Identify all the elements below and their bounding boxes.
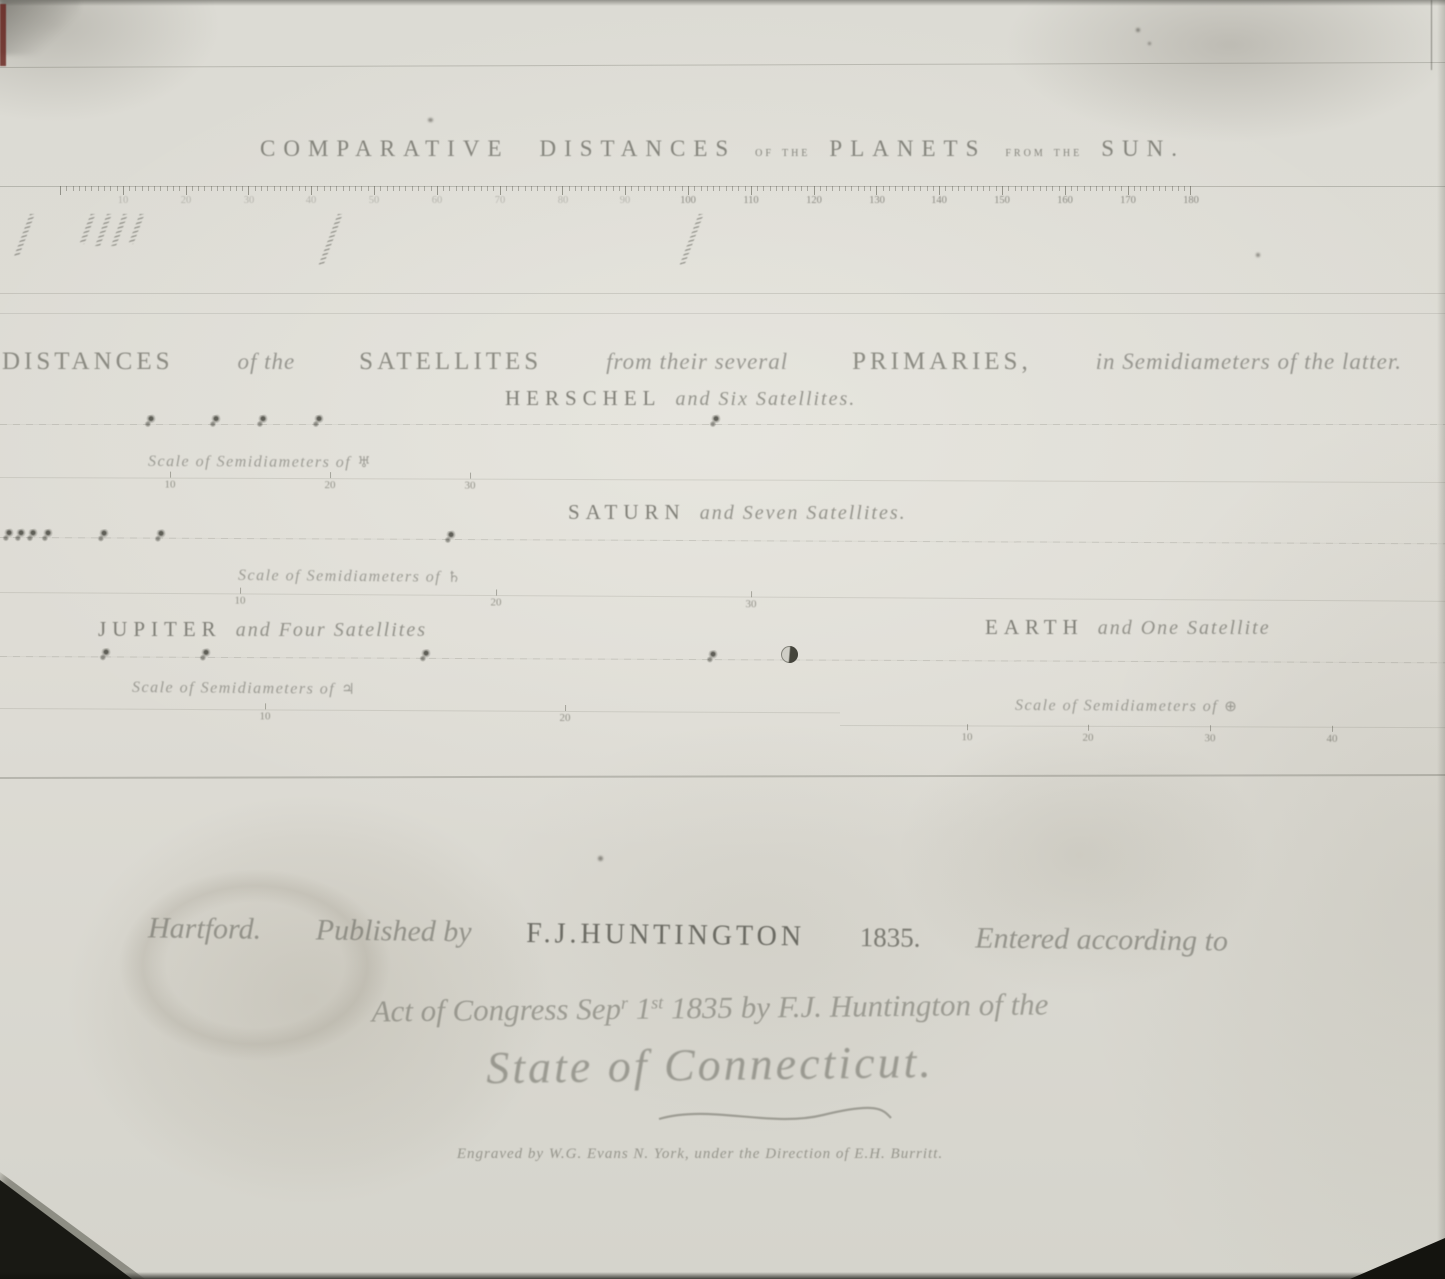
ruler-tick	[160, 186, 161, 191]
planet-mark	[79, 214, 95, 244]
ruler-tick	[317, 186, 318, 191]
ruler-tick	[663, 186, 664, 191]
scale-tick	[751, 591, 752, 597]
satellite-mark	[443, 530, 457, 544]
ruler-tick	[826, 186, 827, 191]
scale-number: 30	[745, 598, 756, 610]
ruler-tick	[770, 186, 771, 191]
ruler-tick	[512, 186, 513, 191]
planet-mark	[128, 214, 144, 244]
ruler-tick	[908, 186, 909, 191]
ruler-tick	[1021, 186, 1022, 191]
ruler-tick	[537, 186, 538, 191]
scale-number: 40	[1326, 733, 1337, 745]
ruler-tick	[544, 186, 545, 191]
scale-tick	[565, 705, 566, 711]
ruler-tick	[167, 186, 168, 191]
ruler-tick	[989, 186, 990, 191]
ruler-tick	[506, 186, 507, 191]
ruler-tick	[236, 186, 237, 191]
ruler-tick	[914, 186, 915, 191]
title-word: the	[782, 145, 810, 160]
ruler-tick	[487, 186, 488, 191]
ruler-tick	[996, 186, 997, 191]
title-word: SUN.	[1101, 136, 1185, 161]
ruler-label: 10	[118, 195, 129, 206]
superscript: st	[651, 992, 663, 1012]
paper-speck	[428, 118, 433, 122]
publication-year: 1835.	[860, 922, 921, 954]
header-word: PRIMARIES,	[852, 348, 1032, 376]
planet-name: EARTH	[985, 615, 1084, 639]
ruler-tick	[945, 186, 946, 191]
ruler-tick	[110, 186, 111, 191]
scale-tick	[1088, 725, 1089, 731]
satellite-count-label: and Seven Satellites.	[700, 502, 907, 524]
scale-number: 20	[1082, 732, 1093, 744]
ruler-tick	[669, 186, 670, 191]
ruler-tick	[870, 186, 871, 191]
satellite-mark	[255, 414, 269, 428]
ruler-tick	[1033, 186, 1034, 191]
saturn-section-title: SATURNand Seven Satellites.	[568, 500, 907, 525]
planet-mark	[95, 214, 112, 246]
ruler-tick	[889, 186, 890, 191]
paper-speck	[1136, 28, 1140, 32]
saturn-symbol: ♄	[447, 568, 462, 586]
ruler-tick	[374, 186, 375, 195]
ruler-tick	[242, 186, 243, 191]
ruler-tick	[399, 186, 400, 191]
ruler-tick	[431, 186, 432, 191]
ruler-tick	[782, 186, 783, 191]
ruler-tick	[531, 186, 532, 191]
ruler-tick	[1065, 186, 1066, 195]
ruler-label: 150	[994, 195, 1010, 206]
ruler-tick	[832, 186, 833, 191]
imprint-word: Published by	[316, 913, 472, 949]
header-word: DISTANCES	[2, 348, 174, 376]
ruler-tick	[707, 186, 708, 191]
ruler-tick	[292, 186, 293, 191]
earth-scale-label: Scale of Semidiameters of⊕	[1015, 696, 1238, 716]
ruler-tick	[902, 186, 903, 191]
ruler-tick	[443, 186, 444, 191]
ruler-tick	[1121, 186, 1122, 191]
header-word: of the	[237, 349, 295, 375]
ruler-tick	[845, 186, 846, 191]
ruler-tick	[142, 186, 143, 191]
ruler-tick	[644, 186, 645, 191]
ruler-tick	[393, 186, 394, 191]
ruler-tick	[211, 186, 212, 191]
title-word: the	[1054, 145, 1082, 160]
imprint-text: 1	[628, 991, 652, 1026]
ruler-tick	[1077, 186, 1078, 191]
copyright-line: Act of Congress Sepr 1st 1835 by F.J. Hu…	[235, 985, 1185, 1031]
ruler-tick	[694, 186, 695, 191]
ruler-tick	[1052, 186, 1053, 191]
ruler-tick	[154, 186, 155, 191]
scale-tick	[967, 724, 968, 730]
title-word: COMPARATIVE	[260, 136, 509, 161]
ruler-tick	[437, 186, 438, 195]
ruler-tick	[788, 186, 789, 191]
paper-speck	[1148, 42, 1151, 45]
ruler-tick	[858, 186, 859, 191]
ruler-tick	[418, 186, 419, 191]
ruler-label: 50	[369, 195, 380, 206]
chart-title: COMPARATIVEDISTANCESofthePLANETSfromtheS…	[0, 136, 1445, 162]
calligraphic-flourish	[655, 1102, 895, 1130]
saturn-scale-label: Scale of Semidiameters of♄	[238, 566, 462, 587]
ruler-tick	[493, 186, 494, 191]
ruler-tick	[73, 186, 74, 191]
ruler-tick	[675, 186, 676, 191]
satellite-mark	[198, 648, 212, 662]
ruler-tick	[525, 186, 526, 191]
ruler-tick	[575, 186, 576, 191]
ruler-tick	[977, 186, 978, 191]
ruler-label: 20	[181, 195, 192, 206]
ruler-tick	[456, 186, 457, 191]
planet-position-marks	[0, 212, 1445, 272]
ruler-tick	[85, 186, 86, 191]
scale-number: 30	[464, 480, 475, 492]
ruler-tick	[1165, 186, 1166, 191]
scale-number: 10	[164, 479, 175, 491]
ruler-tick	[311, 186, 312, 195]
saturn-satellite-row	[0, 529, 1445, 551]
herschel-scale-label: Scale of Semidiameters of♅	[148, 452, 372, 472]
header-word: from their several	[606, 349, 788, 375]
ruler-tick	[1096, 186, 1097, 191]
ruler-tick	[305, 186, 306, 191]
satellite-count-label: and Six Satellites.	[676, 388, 857, 410]
ruler-tick	[474, 186, 475, 191]
ruler-tick	[807, 186, 808, 191]
planet-mark	[111, 214, 128, 246]
ruler-tick	[468, 186, 469, 191]
ruler-tick	[274, 186, 275, 191]
ruler-tick	[1102, 186, 1103, 191]
paper-corner-top-left	[0, 0, 80, 55]
planet-name: HERSCHEL	[505, 386, 662, 410]
earth-symbol: ⊕	[1224, 697, 1238, 715]
ruler-tick	[933, 186, 934, 191]
ruler-tick	[606, 186, 607, 191]
ruler-tick	[1153, 186, 1154, 191]
ruler-tick	[449, 186, 450, 191]
ruler-tick	[726, 186, 727, 191]
ruler-tick	[625, 186, 626, 195]
ruler-tick	[355, 186, 356, 191]
ruler-tick	[186, 186, 187, 195]
ruler-tick	[1146, 186, 1147, 191]
herschel-section-title: HERSCHELand Six Satellites.	[505, 386, 856, 411]
paper-speck	[1256, 253, 1260, 257]
engraver-credit-line: Engraved by W.G. Evans N. York, under th…	[370, 1146, 1030, 1163]
ruler-tick	[500, 186, 501, 195]
ruler-tick	[286, 186, 287, 191]
ruler-tick	[952, 186, 953, 191]
scale-label-text: Scale of Semidiameters of	[238, 567, 441, 586]
satellite-mark	[208, 414, 222, 428]
title-word: of	[755, 145, 774, 160]
ruler-label: 180	[1183, 195, 1199, 206]
title-word: DISTANCES	[540, 136, 737, 161]
ruler-tick	[173, 186, 174, 191]
ruler-tick	[1027, 186, 1028, 191]
ruler-tick	[1178, 186, 1179, 191]
ruler-tick	[851, 186, 852, 191]
ruler-tick	[757, 186, 758, 191]
ruler-label: 80	[558, 195, 569, 206]
ruler-tick	[405, 186, 406, 191]
scale-tick	[330, 472, 331, 478]
ruler-tick	[79, 186, 80, 191]
ruler-label: 40	[306, 195, 317, 206]
planet-mark	[679, 214, 704, 266]
ruler-tick	[814, 186, 815, 195]
herschel-satellite-row	[0, 415, 1445, 431]
satellite-mark	[96, 529, 110, 543]
satellite-mark	[418, 649, 432, 663]
ruler-tick	[920, 186, 921, 191]
ruler-tick	[657, 186, 658, 191]
jupiter-scale-label: Scale of Semidiameters of♃	[132, 678, 356, 699]
ruler-tick	[619, 186, 620, 191]
scale-tick	[265, 703, 266, 709]
ruler-tick	[223, 186, 224, 191]
ruler-tick	[380, 186, 381, 191]
ruler-tick	[349, 186, 350, 191]
satellite-mark	[98, 647, 112, 661]
ruler-tick	[820, 186, 821, 191]
ruler-tick	[971, 186, 972, 191]
ruler-tick	[336, 186, 337, 191]
ruler-tick	[795, 186, 796, 191]
chart-bottom-rule	[0, 774, 1445, 779]
ruler-label: 130	[869, 195, 885, 206]
ruler-tick	[1059, 186, 1060, 191]
ruler-tick	[883, 186, 884, 191]
state-line: State of Connecticut.	[430, 1034, 991, 1095]
ruler-tick	[1040, 186, 1041, 191]
ruler-tick	[1190, 186, 1191, 195]
imprint-text: Act of Congress Sep	[371, 991, 621, 1029]
satellite-count-label: and One Satellite	[1098, 617, 1271, 639]
earth-globe	[781, 646, 798, 663]
ruler-tick	[1172, 186, 1173, 191]
chart-plate-photo: COMPARATIVEDISTANCESofthePLANETSfromtheS…	[0, 0, 1445, 1279]
publisher-name: F.J.HUNTINGTON	[526, 918, 805, 953]
ruler-tick	[682, 186, 683, 191]
ruler-tick	[148, 186, 149, 191]
ruler-tick	[1084, 186, 1085, 191]
scale-number: 20	[324, 479, 335, 491]
scale-number: 30	[1204, 732, 1215, 744]
scale-tick	[1210, 725, 1211, 731]
ruler-tick	[751, 186, 752, 195]
ruler-tick	[91, 186, 92, 191]
fold-crease-top-right	[1431, 0, 1432, 70]
ruler-tick	[631, 186, 632, 191]
planet-name: JUPITER	[98, 617, 222, 641]
ruler-tick	[983, 186, 984, 191]
planet-mark	[14, 214, 35, 256]
ruler-label: 170	[1120, 195, 1136, 206]
ruler-tick	[958, 186, 959, 191]
ruler-tick	[776, 186, 777, 191]
imprint-word: Entered according to	[975, 922, 1228, 959]
ruler-tick	[267, 186, 268, 191]
ruler-tick	[60, 186, 61, 195]
ruler-tick	[927, 186, 928, 191]
scale-label-text: Scale of Semidiameters of	[132, 679, 335, 698]
ruler-tick	[330, 186, 331, 191]
planet-mark	[318, 214, 343, 266]
ruler-tick	[261, 186, 262, 191]
scale-tick	[1332, 726, 1333, 732]
ruler-tick	[594, 186, 595, 191]
scale-number: 10	[234, 595, 245, 607]
ruler-tick	[135, 186, 136, 191]
paper-top-edge-shadow	[0, 0, 1445, 6]
imprint-word: Hartford.	[148, 911, 261, 946]
satellite-mark	[705, 650, 719, 664]
plate-border-rule	[0, 62, 1445, 68]
ruler-tick	[864, 186, 865, 191]
satellite-mark	[708, 414, 722, 428]
ruler-tick	[876, 186, 877, 195]
ruler-tick	[299, 186, 300, 191]
ruler-tick	[638, 186, 639, 191]
ruler-tick	[387, 186, 388, 191]
ruler-tick	[550, 186, 551, 191]
ruler-tick	[613, 186, 614, 191]
herschel-scale-numbers: 102030	[0, 471, 1445, 502]
satellite-mark	[25, 528, 39, 542]
ruler-tick	[1134, 186, 1135, 191]
engraved-rule	[0, 313, 1445, 314]
satellite-mark	[143, 414, 157, 428]
ruler-tick	[562, 186, 563, 195]
ruler-tick	[719, 186, 720, 191]
ruler-tick	[255, 186, 256, 191]
ruler-tick	[1071, 186, 1072, 191]
scale-label-text: Scale of Semidiameters of	[148, 453, 351, 471]
ruler-tick	[104, 186, 105, 191]
ruler-tick	[964, 186, 965, 191]
ruler-tick	[745, 186, 746, 191]
title-word: from	[1005, 145, 1045, 160]
imprint-text: 1835 by F.J. Huntington of the	[663, 986, 1049, 1025]
ruler-label: 100	[680, 195, 696, 206]
ruler-label: 120	[806, 195, 822, 206]
ruler-tick	[518, 186, 519, 191]
ruler-tick	[713, 186, 714, 191]
binding-spine-sliver	[0, 4, 6, 66]
ruler-label: 70	[495, 195, 506, 206]
ruler-tick	[66, 186, 67, 191]
ruler-tick	[801, 186, 802, 191]
ruler-tick	[412, 186, 413, 191]
ruler-tick	[688, 186, 689, 195]
ruler-label: 30	[244, 195, 255, 206]
ruler-tick	[481, 186, 482, 191]
scale-number: 10	[961, 731, 972, 743]
ruler-tick	[581, 186, 582, 191]
jupiter-section-title: JUPITERand Four Satellites	[98, 617, 427, 642]
ruler-tick	[600, 186, 601, 191]
ruler-tick	[192, 186, 193, 191]
ruler-label: 110	[743, 195, 758, 206]
ruler-tick	[1159, 186, 1160, 191]
header-word: SATELLITES	[359, 348, 542, 376]
jupiter-symbol: ♃	[341, 680, 356, 698]
satellite-mark	[153, 529, 167, 543]
engraved-rule	[0, 293, 1445, 294]
header-word: in Semidiameters of the latter.	[1096, 349, 1402, 375]
ruler-tick	[198, 186, 199, 191]
ruler-tick	[1140, 186, 1141, 191]
ruler-tick	[939, 186, 940, 195]
satellites-section-header: DISTANCES of the SATELLITES from their s…	[2, 348, 1402, 376]
ruler-tick	[1115, 186, 1116, 191]
ruler-tick	[123, 186, 124, 195]
scale-tick	[496, 589, 497, 595]
ruler-tick	[462, 186, 463, 191]
ruler-tick	[324, 186, 325, 191]
ruler-label: 90	[620, 195, 631, 206]
ruler-tick	[368, 186, 369, 191]
ruler-tick	[1008, 186, 1009, 191]
ruler-tick	[1046, 186, 1047, 191]
title-word: PLANETS	[829, 136, 986, 161]
satellite-mark	[40, 528, 54, 542]
jupiter-satellite-row	[0, 648, 1445, 669]
planet-name: SATURN	[568, 500, 686, 524]
ruler-tick	[738, 186, 739, 191]
paper-right-edge-shadow	[1437, 0, 1445, 1279]
satellite-count-label: and Four Satellites	[236, 619, 427, 641]
ruler-tick	[179, 186, 180, 191]
ruler-tick	[895, 186, 896, 191]
earth-section-title: EARTHand One Satellite	[985, 615, 1271, 640]
publisher-imprint-line1: Hartford. Published by F.J.HUNTINGTON 18…	[148, 911, 1228, 958]
ruler-tick	[248, 186, 249, 195]
scale-tick	[470, 473, 471, 479]
ruler-tick	[1090, 186, 1091, 191]
ruler-tick	[839, 186, 840, 191]
ruler-tick	[204, 186, 205, 191]
paper-speck	[598, 856, 603, 861]
ruler-tick	[1109, 186, 1110, 191]
ruler-tick	[650, 186, 651, 191]
ruler-tick	[701, 186, 702, 191]
ruler-tick	[556, 186, 557, 191]
earth-scale-numbers: 10203040	[0, 720, 1445, 752]
ruler-tick	[117, 186, 118, 191]
scale-label-text: Scale of Semidiameters of	[1015, 697, 1218, 715]
ruler-tick	[129, 186, 130, 191]
ruler-tick	[343, 186, 344, 191]
ruler-tick	[763, 186, 764, 191]
ruler-tick	[424, 186, 425, 191]
ruler-label: 160	[1057, 195, 1073, 206]
herschel-symbol: ♅	[357, 453, 372, 471]
